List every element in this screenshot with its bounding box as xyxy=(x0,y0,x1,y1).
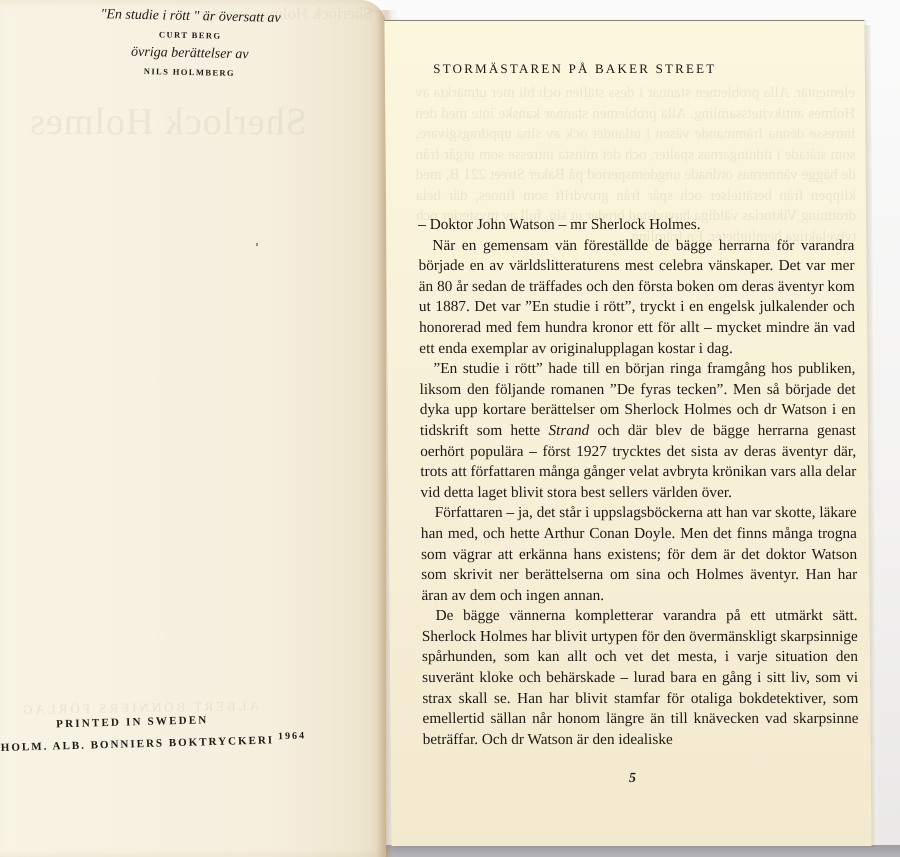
open-book-photo: Sherlock Holmes äventyr Sherlock Holmes … xyxy=(0,0,900,857)
paragraph-5: De bägge vännerna kompletterar varandra … xyxy=(422,606,859,750)
table-surface xyxy=(370,845,900,857)
magazine-title-strand: Strand xyxy=(548,422,589,439)
paragraph-4: Författaren – ja, det står i uppslagsböc… xyxy=(421,503,858,606)
paragraph-1: – Doktor John Watson – mr Sherlock Holme… xyxy=(418,215,854,236)
chapter-body: – Doktor John Watson – mr Sherlock Holme… xyxy=(418,215,859,750)
print-year: 1964 xyxy=(278,730,306,742)
paragraph-2: När en gemensam vän föreställde de bägge… xyxy=(418,236,855,360)
printer-line: HOLM. ALB. BONNIERS BOKTRYCKERI1964 xyxy=(1,733,331,754)
page-number: 5 xyxy=(629,771,636,787)
chapter-title: STORMÄSTAREN PÅ BAKER STREET xyxy=(335,61,815,77)
paper-speck xyxy=(256,243,258,246)
paragraph-3: ”En studie i rött” hade till en början r… xyxy=(419,359,856,503)
translator-credits: "En studie i rött " är översatt av CURT … xyxy=(39,5,340,85)
right-page: elementär. Alla problemen stannar i dess… xyxy=(384,20,871,846)
bleed-through-title: Sherlock Holmes xyxy=(18,100,318,144)
printer-name: HOLM. ALB. BONNIERS BOKTRYCKERI xyxy=(1,734,275,754)
left-page: Sherlock Holmes äventyr Sherlock Holmes … xyxy=(0,0,386,857)
